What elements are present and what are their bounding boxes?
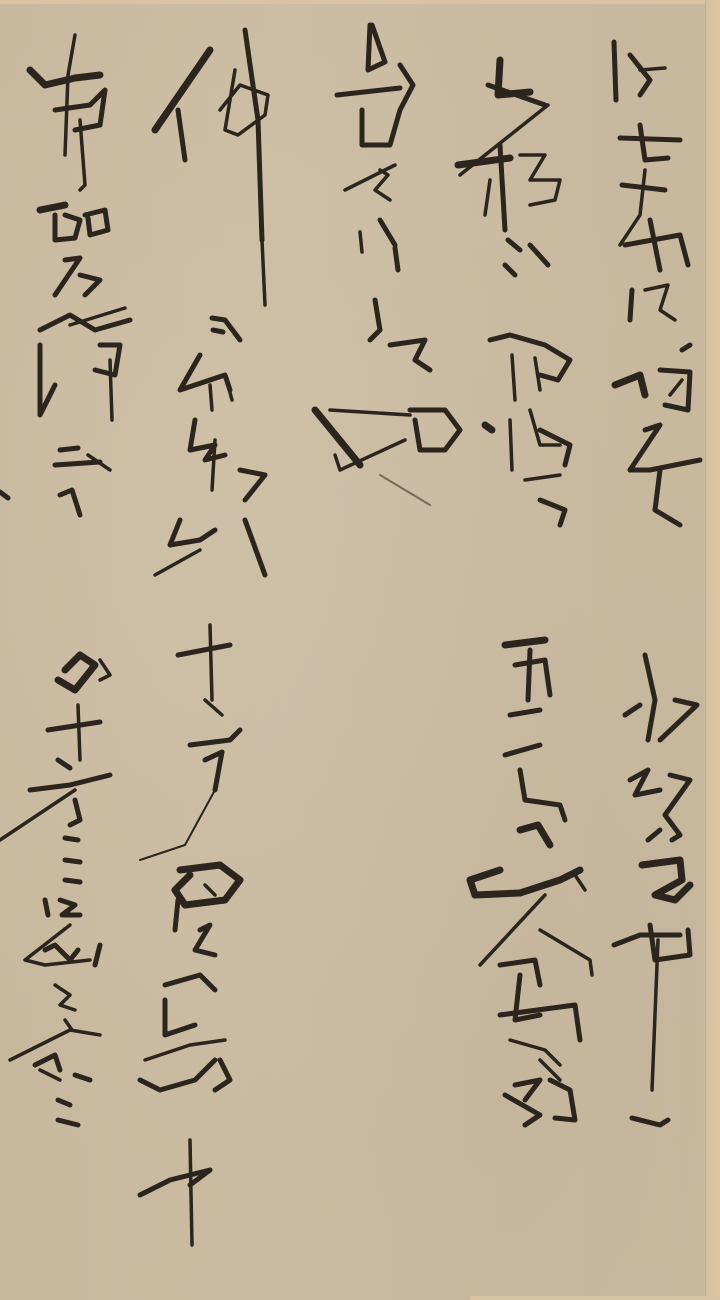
column-3-strokes (315, 25, 460, 505)
stray-ink-mark (0, 492, 8, 498)
column-5-strokes (140, 318, 265, 1245)
column-4-strokes (155, 30, 268, 305)
column-6-strokes (0, 35, 130, 1125)
column-1-strokes (614, 42, 700, 1125)
column-2-strokes (458, 60, 592, 1125)
calligraphy-scroll: 法帖當時已來黑甲中一 良輕不高此不再見又人書跋 莊書今且也 佛 三宗金以十年自家… (0, 0, 720, 1300)
ink-strokes (0, 0, 720, 1300)
